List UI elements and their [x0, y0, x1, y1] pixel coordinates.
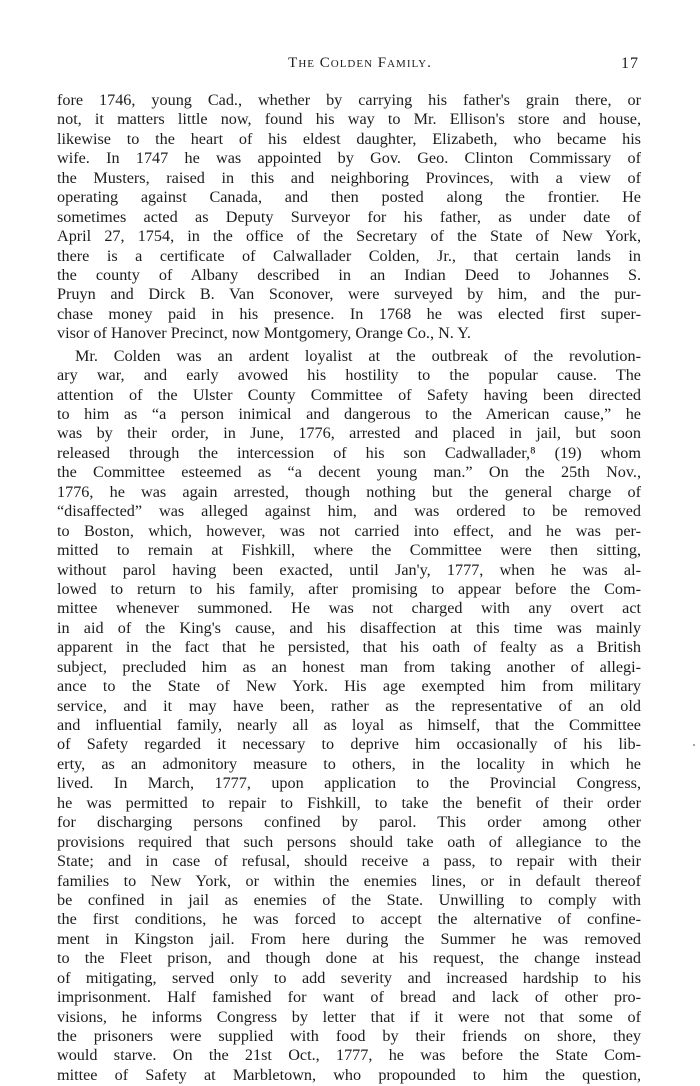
text-line: to him as “a person inimical and dangero…	[57, 405, 641, 424]
running-head-title: The Colden Family.	[288, 55, 432, 72]
text-line: service, and it may have been, rather as…	[57, 697, 641, 716]
text-line: mittee of Safety at Marbletown, who prop…	[57, 1066, 641, 1085]
text-line: to Boston, which, however, was not carri…	[57, 522, 641, 541]
text-line: to the Fleet prison, and though done at …	[57, 949, 641, 968]
body-text: fore 1746, young Cad., whether by carryi…	[57, 91, 641, 1085]
text-line: the county of Albany described in an Ind…	[57, 266, 641, 285]
text-line: fore 1746, young Cad., whether by carryi…	[57, 91, 641, 110]
paragraph-2: Mr. Colden was an ardent loyalist at the…	[57, 347, 641, 1086]
text-line: apparent in the fact that he persisted, …	[57, 638, 641, 657]
text-line: families to New York, or within the enem…	[57, 872, 641, 891]
text-line: ment in Kingston jail. From here during …	[57, 930, 641, 949]
text-line: the first conditions, he was forced to a…	[57, 910, 641, 929]
text-line: erty, as an admonitory measure to others…	[57, 755, 641, 774]
text-line: for discharging persons confined by paro…	[57, 813, 641, 832]
text-line: subject, precluded him as an honest man …	[57, 658, 641, 677]
page-number: 17	[621, 55, 639, 73]
text-line: lived. In March, 1777, upon application …	[57, 774, 641, 793]
text-line: lowed to return to his family, after pro…	[57, 580, 641, 599]
text-line: imprisonment. Half famished for want of …	[57, 988, 641, 1007]
text-line: chase money paid in his presence. In 176…	[57, 305, 641, 324]
text-line: operating against Canada, and then poste…	[57, 188, 641, 207]
text-line: “disaffected” was alleged against him, a…	[57, 502, 641, 521]
text-line: provisions required that such persons sh…	[57, 833, 641, 852]
text-line: the Committee esteemed as “a decent youn…	[57, 463, 641, 482]
text-line: visor of Hanover Precinct, now Montgomer…	[57, 324, 641, 343]
text-line: wife. In 1747 he was appointed by Gov. G…	[57, 149, 641, 168]
text-line: ary war, and early avowed his hostility …	[57, 366, 641, 385]
text-line: there is a certificate of Calwallader Co…	[57, 247, 641, 266]
text-line: likewise to the heart of his eldest daug…	[57, 130, 641, 149]
text-line: of Safety regarded it necessary to depri…	[57, 735, 641, 754]
text-line: of mitigating, served only to add severi…	[57, 969, 641, 988]
text-line: Pruyn and Dirck B. Van Sconover, were su…	[57, 285, 641, 304]
running-head: The Colden Family. 17	[57, 55, 641, 79]
text-line: without parol having been exacted, until…	[57, 561, 641, 580]
text-line: the Musters, raised in this and neighbor…	[57, 169, 641, 188]
text-line: State; and in case of refusal, should re…	[57, 852, 641, 871]
text-line: the prisoners were supplied with food by…	[57, 1027, 641, 1046]
text-line: attention of the Ulster County Committee…	[57, 386, 641, 405]
text-line: ance to the State of New York. His age e…	[57, 677, 641, 696]
text-line: he was permitted to repair to Fishkill, …	[57, 794, 641, 813]
text-line: mittee whenever summoned. He was not cha…	[57, 599, 641, 618]
paragraph-1: fore 1746, young Cad., whether by carryi…	[57, 91, 641, 344]
text-line: released through the intercession of his…	[57, 444, 641, 463]
text-line: not, it matters little now, found his wa…	[57, 110, 641, 129]
book-page: The Colden Family. 17 fore 1746, young C…	[57, 55, 641, 1085]
scan-speck	[693, 744, 695, 746]
text-line: mitted to remain at Fishkill, where the …	[57, 541, 641, 560]
text-line: was by their order, in June, 1776, arres…	[57, 424, 641, 443]
text-line: sometimes acted as Deputy Surveyor for h…	[57, 208, 641, 227]
text-line: April 27, 1754, in the office of the Sec…	[57, 227, 641, 246]
text-line: would starve. On the 21st Oct., 1777, he…	[57, 1046, 641, 1065]
text-line: Mr. Colden was an ardent loyalist at the…	[57, 347, 641, 366]
text-line: visions, he informs Congress by letter t…	[57, 1008, 641, 1027]
text-line: be confined in jail as enemies of the St…	[57, 891, 641, 910]
text-line: and influential family, nearly all as lo…	[57, 716, 641, 735]
text-line: in aid of the King's cause, and his disa…	[57, 619, 641, 638]
text-line: 1776, he was again arrested, though noth…	[57, 483, 641, 502]
